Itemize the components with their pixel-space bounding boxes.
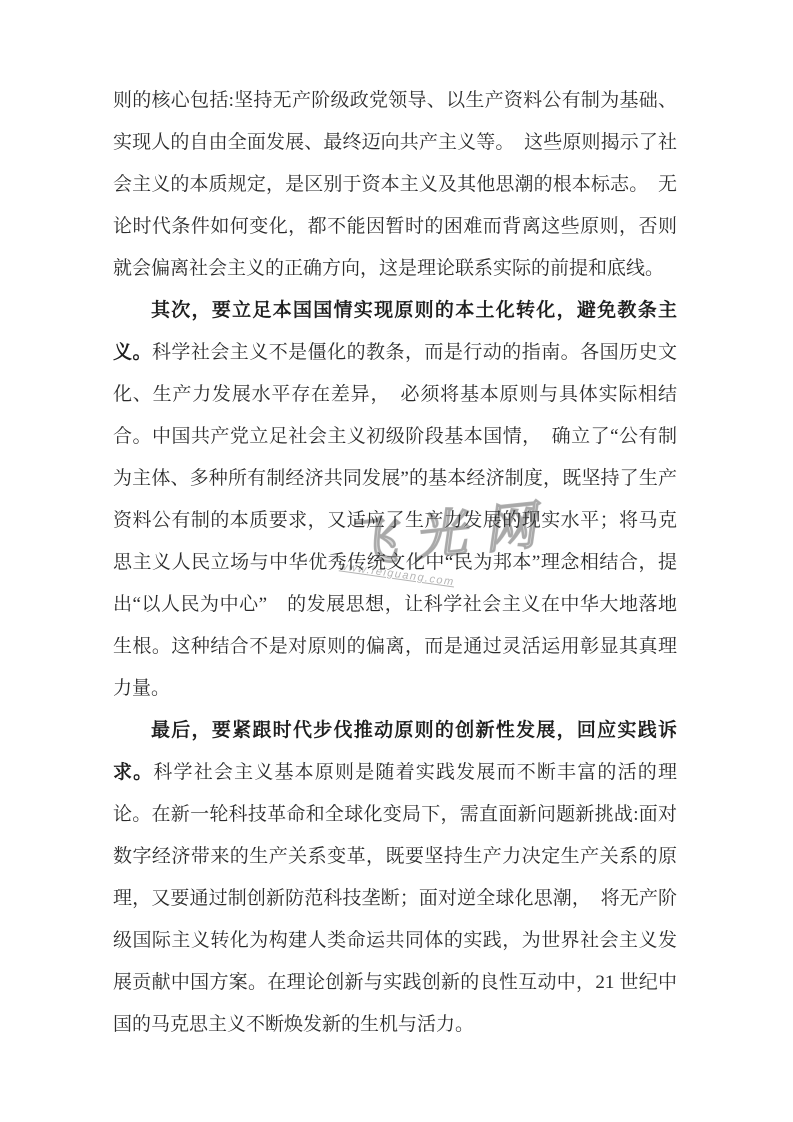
paragraph: 其次，要立足本国国情实现原则的本土化转化，避免教条主义。科学社会主义不是僵化的教…: [113, 290, 677, 710]
paragraph: 最后，要紧跟时代步伐推动原则的创新性发展，回应实践诉求。科学社会主义基本原则是随…: [113, 710, 677, 1046]
document-page: 飞光网 www.feiguang.com 则的核心包括:坚持无产阶级政党领导、以…: [0, 0, 793, 1122]
document-body: 则的核心包括:坚持无产阶级政党领导、以生产资料公有制为基础、实现人的自由全面发展…: [113, 80, 677, 1046]
paragraph: 则的核心包括:坚持无产阶级政党领导、以生产资料公有制为基础、实现人的自由全面发展…: [113, 80, 677, 290]
paragraph-lead: 最后，要紧跟时代步伐推动原则的创新性发展，回应实践诉求。: [113, 720, 677, 783]
paragraph-lead: 其次，要立足本国国情实现原则的本土化转化，避免教条主义。: [113, 300, 677, 363]
